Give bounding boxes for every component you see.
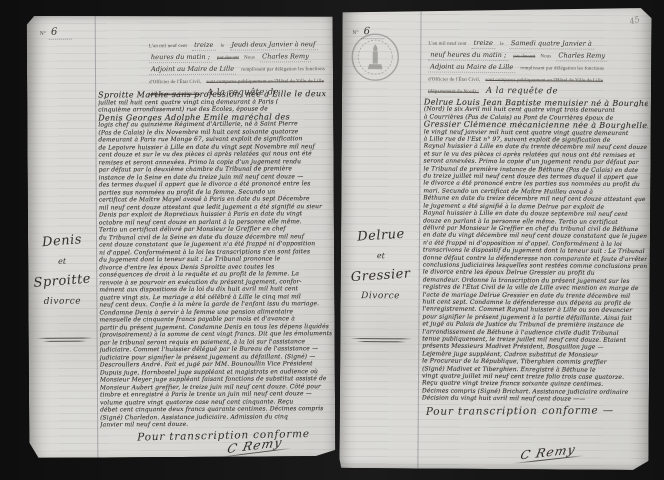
act-body-text: Delrue Louis Jean Baptiste menuisier né …: [422, 98, 648, 403]
register-page-left: N° 6 L'an mil neuf cent treize le Jeudi …: [27, 14, 336, 458]
printed-form-header: L'an mil neuf cent treize le Samedi quat…: [428, 35, 644, 98]
manuscript-line: Sproitte Marthe sans profession, née à L…: [98, 90, 330, 99]
manuscript-line: des termes duquel il appert que le divor…: [99, 180, 331, 189]
margin-rule: [95, 16, 99, 458]
manuscript-line: Décision du vingt huit avril mil neuf ce…: [422, 395, 646, 404]
margin-note-word: Denis: [32, 231, 93, 251]
margin-note-word: Gressier: [346, 266, 415, 285]
margin-note-word: et: [32, 257, 92, 266]
manuscript-line: débet cent cinquante deux francs quarant…: [100, 405, 332, 414]
margin-note-word: Sproitte: [32, 271, 93, 291]
margin-flourish: [350, 338, 412, 342]
manuscript-line: neuf cent deux. Confie à la mère la gard…: [99, 300, 331, 309]
margin-note-parties: DenisetSproittedivorce: [32, 234, 92, 307]
act-number: N° 6: [40, 27, 72, 40]
struck-form-text: (département du Nord) ;: [428, 90, 479, 95]
register-page-right: N° 6 45 L'an mil neuf cent treize le Sam…: [339, 6, 651, 470]
requete-script: A la requête de: [484, 86, 560, 98]
margin-flourish: [37, 338, 93, 342]
margin-note-word: divorce: [32, 297, 92, 307]
officer-signature: C Remy: [519, 442, 577, 462]
closing-formula: Pour transcription conforme —: [426, 405, 614, 418]
margin-note-parties: DelrueetGressierDivorce: [347, 228, 416, 301]
act-number-label: N°: [40, 31, 46, 37]
act-body-text: Sproitte Marthe sans profession, née à L…: [98, 90, 332, 429]
manuscript-line: timbre et enregistré à Paris le trente u…: [100, 390, 332, 399]
printed-form-header: L'an mil neuf cent treize le Jeudi deux …: [149, 36, 329, 98]
margin-note-word: et: [347, 251, 415, 260]
margin-note-word: Delrue: [347, 226, 416, 245]
margin-note-word: Divorce: [347, 291, 415, 301]
closing-formula: Pour transcription conforme: [137, 428, 310, 443]
mairie-seal-stamp: [350, 32, 400, 82]
act-number-value: 6: [49, 27, 71, 40]
folio-number: 45: [628, 15, 640, 27]
